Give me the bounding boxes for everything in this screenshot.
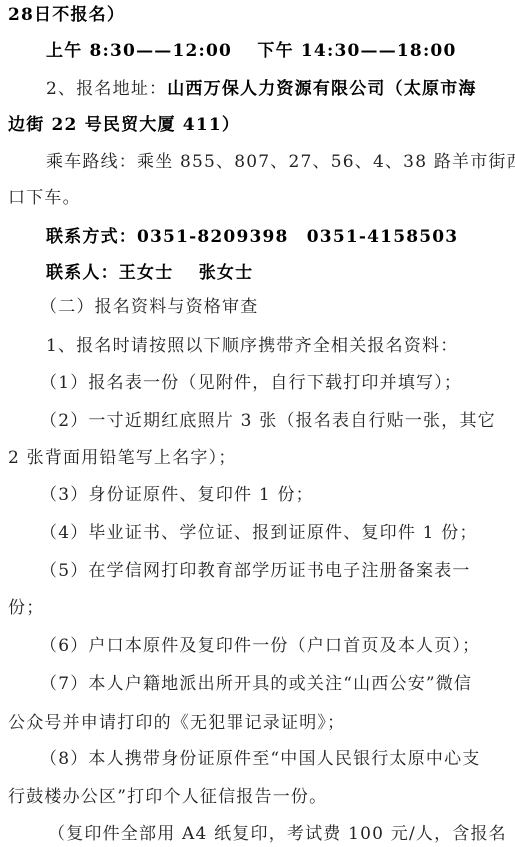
material-item-4: （4）毕业证书、学位证、报到证原件、复印件 1 份； (40, 522, 478, 544)
copy-fee-note: （复印件全部用 A4 纸复印，考试费 100 元/人，含报名 (48, 823, 507, 845)
material-item-2: （2）一寸近期红底照片 3 张（报名表自行贴一张，其它 (40, 410, 496, 432)
address-value: 山西万保人力资源有限公司（太原市海 (167, 79, 476, 99)
material-item-5: （5）在学信网打印教育部学历证书电子注册备案表一 (40, 560, 471, 582)
bus-route-continued: 口下车。 (8, 187, 81, 209)
bus-route: 乘车路线：乘坐 855、807、27、56、4、38 路羊市街西 (46, 151, 515, 173)
material-item-8: （8）本人携带身份证原件至“中国人民银行太原中心支 (40, 748, 481, 770)
material-item-3: （3）身份证原件、复印件 1 份； (40, 484, 314, 506)
material-item-7-continued: 公众号并申请打印的《无犯罪记录证明》； (8, 712, 345, 734)
office-hours: 上午 8:30——12:00 下午 14:30——18:00 (46, 40, 457, 62)
material-item-6: （6）户口本原件及复印件一份（户口首页及本人页）； (40, 635, 480, 657)
material-item-8-continued: 行鼓楼办公区”打印个人征信报告一份。 (8, 786, 327, 808)
contact-phone: 联系方式：0351-8209398 0351-4158503 (46, 226, 458, 248)
address-continued: 边街 22 号民贸大厦 411） (8, 114, 240, 136)
registration-date-note: 28日不报名） (8, 4, 125, 26)
address-label: 2、报名地址： (46, 79, 167, 99)
material-item-1: （1）报名表一份（见附件，自行下载打印并填写）； (40, 372, 462, 394)
material-item-7: （7）本人户籍地派出所开具的或关注“山西公安”微信 (40, 673, 472, 695)
material-item-5-continued: 份； (8, 597, 44, 619)
materials-intro: 1、报名时请按照以下顺序携带齐全相关报名资料： (46, 335, 458, 357)
registration-address-line: 2、报名地址：山西万保人力资源有限公司（太原市海 (46, 78, 477, 100)
material-item-2-continued: 2 张背面用铅笔写上名字）； (8, 447, 237, 469)
section-heading-materials: （二）报名资料与资格审查 (40, 296, 258, 318)
contact-person: 联系人：王女士 张女士 (46, 262, 253, 284)
